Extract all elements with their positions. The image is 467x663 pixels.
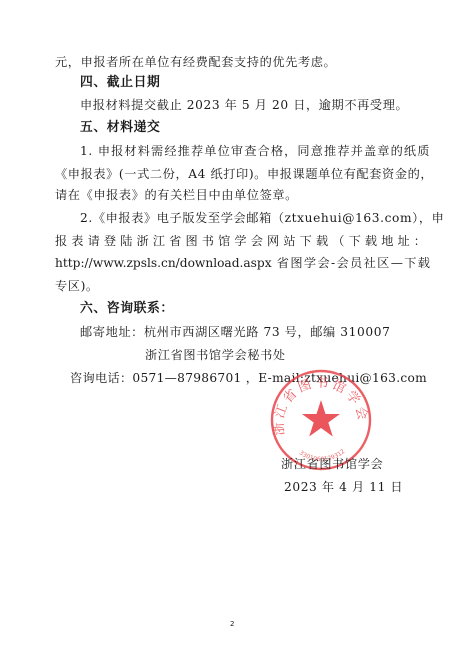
paragraph-line: 元，申报者所在单位有经费配套支持的优先考虑。 (55, 54, 373, 70)
paragraph-line: 申报材料提交截止 2023 年 5 月 20 日，逾期不再受理。 (80, 97, 408, 113)
mailing-recipient: 浙江省图书馆学会秘书处 (145, 347, 286, 363)
page-number: 2 (230, 620, 234, 628)
paragraph-line: 《申报表》(一式二份，A4 纸打印)。申报课题单位有配套资金的， (55, 166, 430, 182)
paragraph-line: 专区)。 (55, 278, 99, 294)
paragraph-line: 1. 申报材料需经推荐单位审查合格，同意推荐并盖章的纸质 (80, 143, 430, 159)
paragraph-line: 2.《申报表》电子版发至学会邮箱（ztxuehui@163.com），申 (80, 210, 430, 226)
download-url-line: http://www.zpsls.cn/download.aspx 省图学会-会… (55, 255, 430, 271)
paragraph-line: 请在《申报表》的有关栏目中由单位签章。 (55, 187, 298, 203)
section-heading-submission: 五、材料递交 (80, 120, 160, 136)
section-heading-deadline: 四、截止日期 (80, 75, 160, 91)
section-heading-contact: 六、咨询联系： (80, 301, 174, 317)
mailing-address: 邮寄地址：杭州市西湖区曙光路 73 号，邮编 310007 (80, 324, 390, 340)
paragraph-line: 报表请登陆浙江省图书馆学会网站下载（下载地址： (55, 233, 430, 249)
signature-org: 浙江省图书馆学会 (281, 456, 383, 472)
signature-date: 2023 年 4 月 11 日 (284, 479, 403, 495)
